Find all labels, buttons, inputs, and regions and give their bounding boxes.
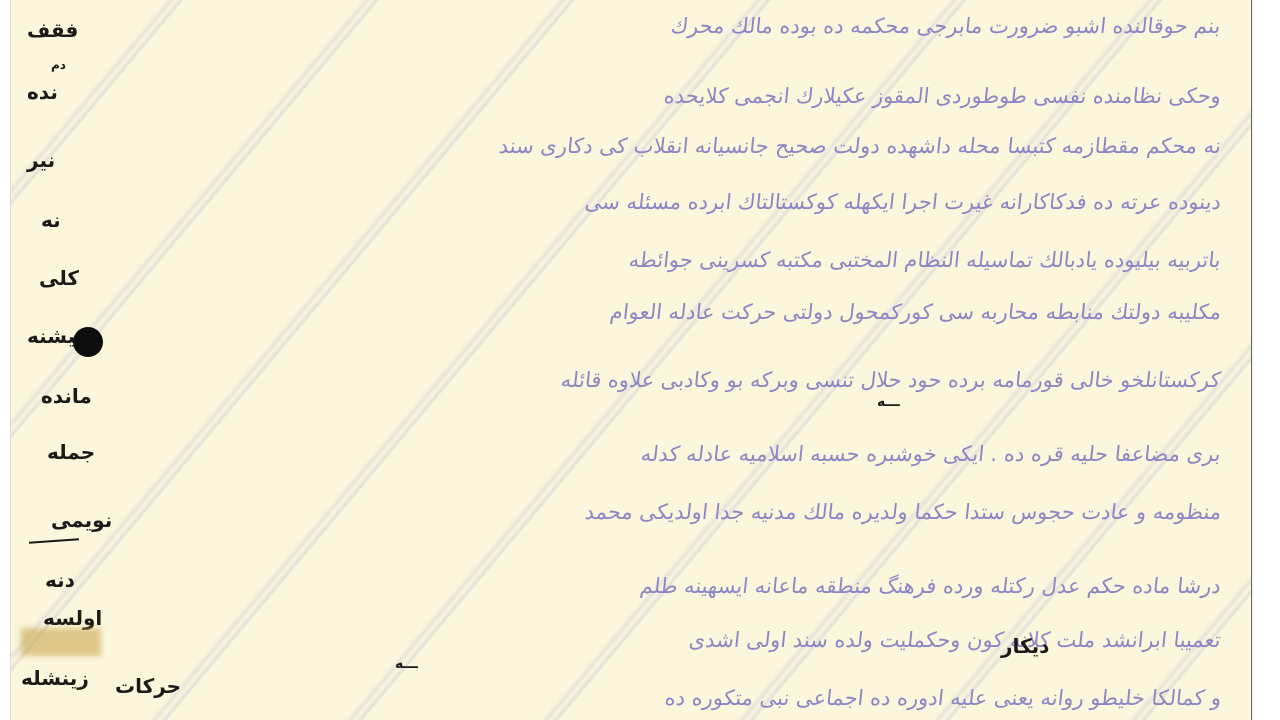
- text-line: درشا ماده حکم عدل رکتله ورده فرهنگ منطقه…: [639, 574, 1222, 598]
- text-line: کرکستانلخو خالی قورمامه برده حود حلال تن…: [560, 368, 1222, 392]
- margin-note: دم: [51, 58, 66, 72]
- page-right-background: [1252, 0, 1280, 720]
- ink-blot: [73, 327, 103, 357]
- margin-underline: [29, 538, 79, 543]
- text-line: دینوده عرته ده فدکاکارانه غیرت اجرا ایکه…: [584, 190, 1223, 214]
- margin-note: نیر: [27, 148, 55, 172]
- margin-note: زینشله: [21, 666, 89, 690]
- text-line: وحکی نظامنده نفسی طوطوردی المقوز عکیلارك…: [663, 84, 1223, 108]
- text-line: بنم حوقالنده اشبو ضرورت مابرجی محکمه ده …: [670, 14, 1222, 38]
- text-line: بری مضاعفا حلیه قره ده . ایکی خوشبره حسب…: [640, 442, 1222, 466]
- text-line: نه محکم مقطازمه کتبسا محله داشهده دولت ص…: [498, 134, 1223, 158]
- margin-note: دنه: [45, 568, 75, 592]
- paper-stain: [21, 628, 101, 656]
- text-line: باتربیه بیلیوده یادبالك تماسیله النظام ا…: [628, 248, 1222, 272]
- manuscript-page: بنم حوقالنده اشبو ضرورت مابرجی محکمه ده …: [10, 0, 1253, 720]
- margin-note: مانده: [41, 384, 92, 408]
- diagonal-ink-bleed: [11, 0, 1251, 720]
- inline-note: دیکار: [1001, 634, 1049, 658]
- text-line: و کمالکا خلیطو روانه یعنی علیه ادوره ده …: [663, 686, 1222, 710]
- inline-note: ـــه: [395, 656, 418, 672]
- margin-note: اولسه: [43, 606, 102, 630]
- margin-note: نویمی: [51, 508, 112, 532]
- text-line: تعمیبا ابرانشد ملت کلانه کون وحکملیت ولد…: [688, 628, 1222, 652]
- inline-note: ـــه: [877, 394, 900, 410]
- text-line: مکلیبه دولتك منابطه محاربه سی کورکمحول د…: [608, 300, 1222, 324]
- margin-note: فقف: [27, 18, 78, 42]
- inline-note: حرکات: [115, 674, 181, 698]
- margin-note: کلی: [39, 266, 79, 290]
- text-line: منظومه و عادت حجوس ستدا حکما ولدیره مالك…: [583, 500, 1222, 524]
- margin-note: نده: [27, 80, 58, 104]
- margin-note: جمله: [47, 440, 95, 464]
- margin-note: نه: [41, 208, 61, 232]
